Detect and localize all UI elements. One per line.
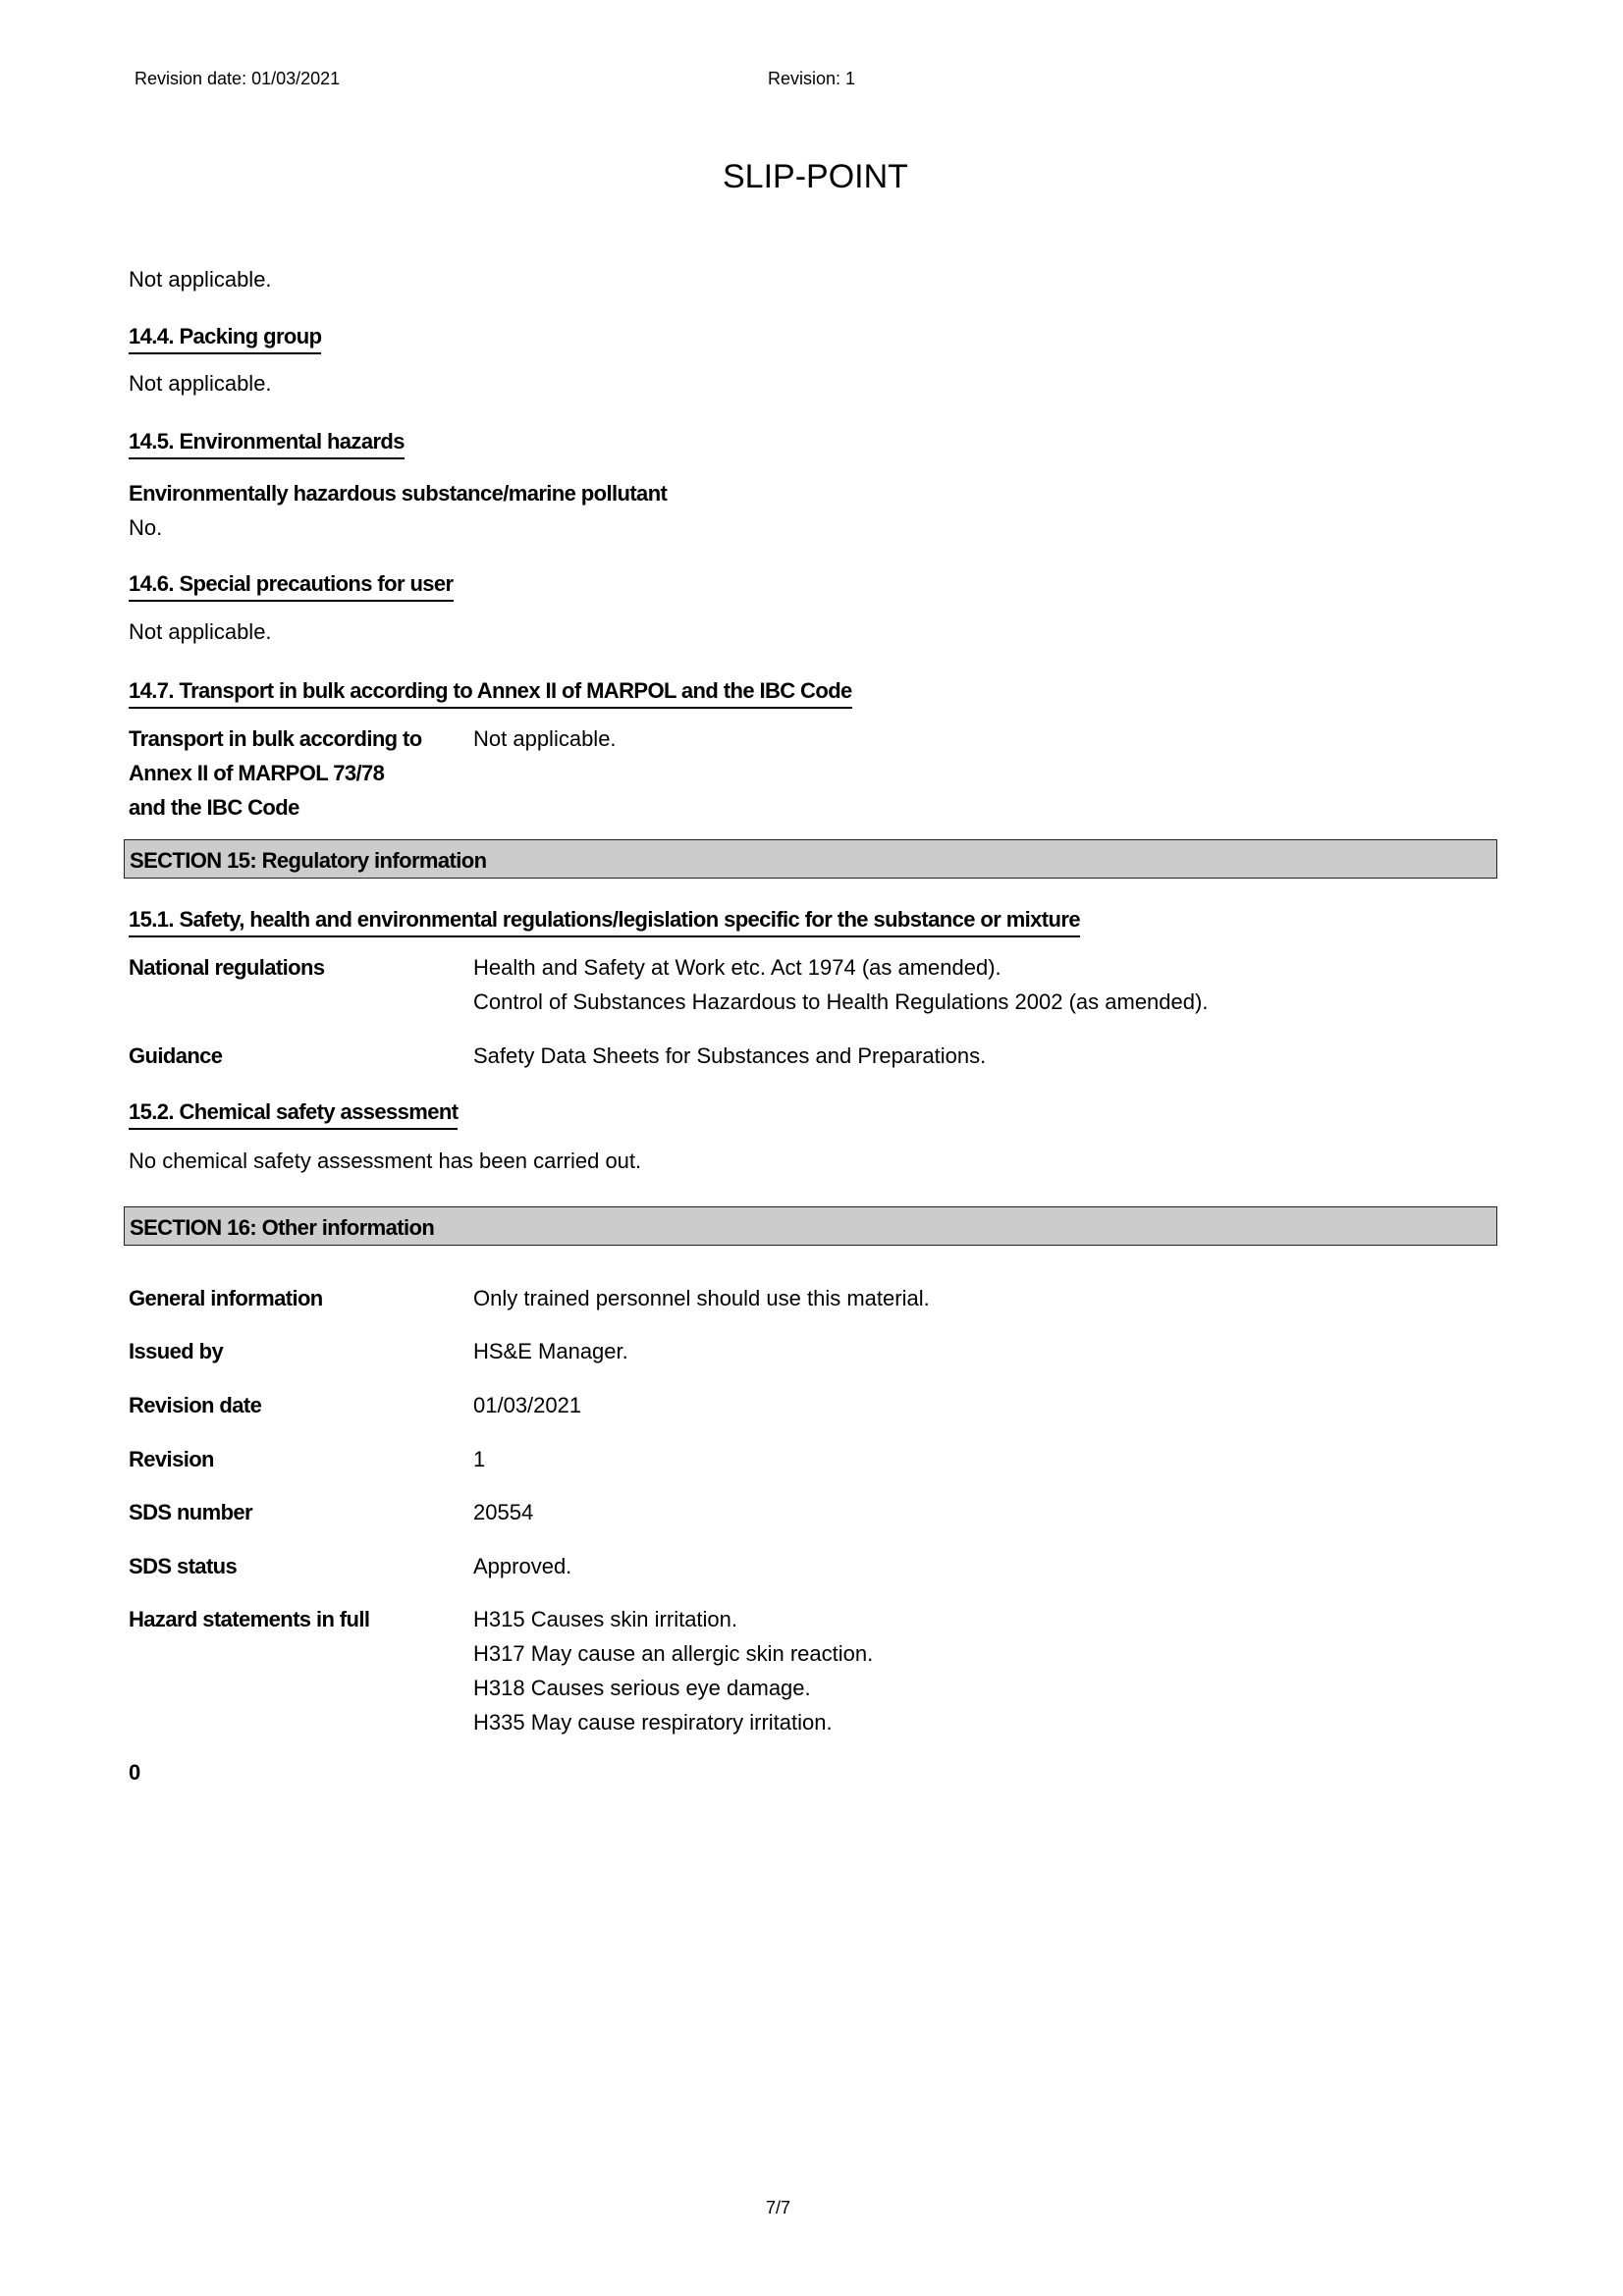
heading-15-1: 15.1. Safety, health and environmental r… (129, 909, 1080, 937)
national-regulations-label: National regulations (129, 957, 324, 979)
heading-14-5: 14.5. Environmental hazards (129, 431, 405, 459)
chemical-safety-assessment-text: No chemical safety assessment has been c… (129, 1150, 641, 1172)
revision-date-label: Revision date (129, 1395, 261, 1416)
hazard-statement: H317 May cause an allergic skin reaction… (473, 1643, 873, 1665)
issued-by-label: Issued by (129, 1341, 223, 1362)
env-hazard-label: Environmentally hazardous substance/mari… (129, 483, 667, 505)
issued-by-value: HS&E Manager. (473, 1341, 628, 1362)
guidance-value: Safety Data Sheets for Substances and Pr… (473, 1045, 986, 1067)
hazard-statements-label: Hazard statements in full (129, 1609, 369, 1630)
transport-bulk-label-line-1: Transport in bulk according to (129, 728, 422, 750)
hazard-statement: H315 Causes skin irritation. (473, 1609, 737, 1630)
sds-status-value: Approved. (473, 1556, 571, 1577)
section-16-title: SECTION 16: Other information (130, 1217, 434, 1239)
section-16-header: SECTION 16: Other information (124, 1206, 1497, 1246)
page-number: 7/7 (766, 2199, 790, 2216)
heading-14-7: 14.7. Transport in bulk according to Ann… (129, 680, 852, 709)
revision-value: 1 (473, 1449, 485, 1470)
product-title: SLIP-POINT (723, 160, 908, 193)
general-information-label: General information (129, 1288, 323, 1309)
hazard-statement: H318 Causes serious eye damage. (473, 1678, 811, 1699)
revision-date-value: 01/03/2021 (473, 1395, 581, 1416)
sds-number-label: SDS number (129, 1502, 252, 1523)
env-hazard-value: No. (129, 517, 162, 539)
header-revision: Revision: 1 (768, 70, 855, 87)
transport-bulk-label-line-3: and the IBC Code (129, 797, 299, 819)
national-regulations-value-2: Control of Substances Hazardous to Healt… (473, 991, 1208, 1013)
transport-bulk-value: Not applicable. (473, 728, 617, 750)
section-14-3-text: Not applicable. (129, 269, 272, 291)
header-revision-date: Revision date: 01/03/2021 (135, 70, 340, 87)
heading-15-2: 15.2. Chemical safety assessment (129, 1101, 458, 1130)
section-15-header: SECTION 15: Regulatory information (124, 839, 1497, 879)
transport-bulk-label-line-2: Annex II of MARPOL 73/78 (129, 763, 384, 784)
sds-status-label: SDS status (129, 1556, 237, 1577)
trailing-mark: 0 (129, 1762, 140, 1784)
sds-number-value: 20554 (473, 1502, 533, 1523)
revision-label: Revision (129, 1449, 214, 1470)
heading-14-4: 14.4. Packing group (129, 326, 321, 354)
section-14-6-text: Not applicable. (129, 621, 272, 643)
hazard-statement: H335 May cause respiratory irritation. (473, 1712, 833, 1734)
guidance-label: Guidance (129, 1045, 222, 1067)
general-information-value: Only trained personnel should use this m… (473, 1288, 930, 1309)
section-14-4-text: Not applicable. (129, 373, 272, 395)
national-regulations-value-1: Health and Safety at Work etc. Act 1974 … (473, 957, 1001, 979)
heading-14-6: 14.6. Special precautions for user (129, 573, 454, 602)
section-15-title: SECTION 15: Regulatory information (130, 850, 486, 872)
